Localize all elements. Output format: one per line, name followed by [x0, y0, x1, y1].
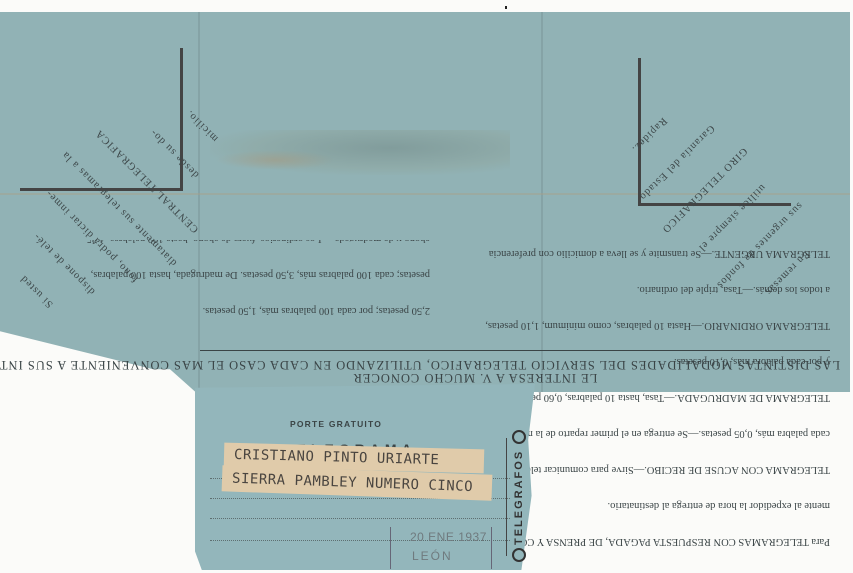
info-line: y por cada palabra más, 0,10 pesetas. — [430, 355, 830, 367]
porte-gratuito-label: PORTE GRATUITO — [290, 419, 382, 429]
info-line: a todos los demás.—Tasa, triple del ordi… — [430, 283, 830, 295]
rosette-ornament-icon — [512, 430, 526, 444]
info-middle-column: 2,50 pesetas; por cada 100 palabras más,… — [20, 240, 430, 340]
info-line: 2,50 pesetas; por cada 100 palabras más,… — [20, 304, 430, 316]
info-line: TELEGRAMA ORDINARIO.—Hasta 10 palabras, … — [430, 319, 830, 331]
telegrafos-brand: TELEGRAFOS — [513, 450, 525, 545]
brand-bar — [506, 438, 507, 556]
postmark-city: LEÓN — [412, 549, 453, 563]
info-line: pesetas; cada 100 palabras más, 3,50 pes… — [20, 268, 430, 280]
info-line: abono y de madrugada.—Los ordinarios, fu… — [20, 240, 430, 244]
info-line: TELEGRAMA URGENTE.—Se transmite y se lle… — [430, 247, 830, 259]
postmark-date: 20 ENE 1937 — [410, 530, 487, 544]
rosette-ornament-icon — [512, 548, 526, 562]
speck — [505, 6, 507, 9]
address-line — [210, 518, 510, 519]
